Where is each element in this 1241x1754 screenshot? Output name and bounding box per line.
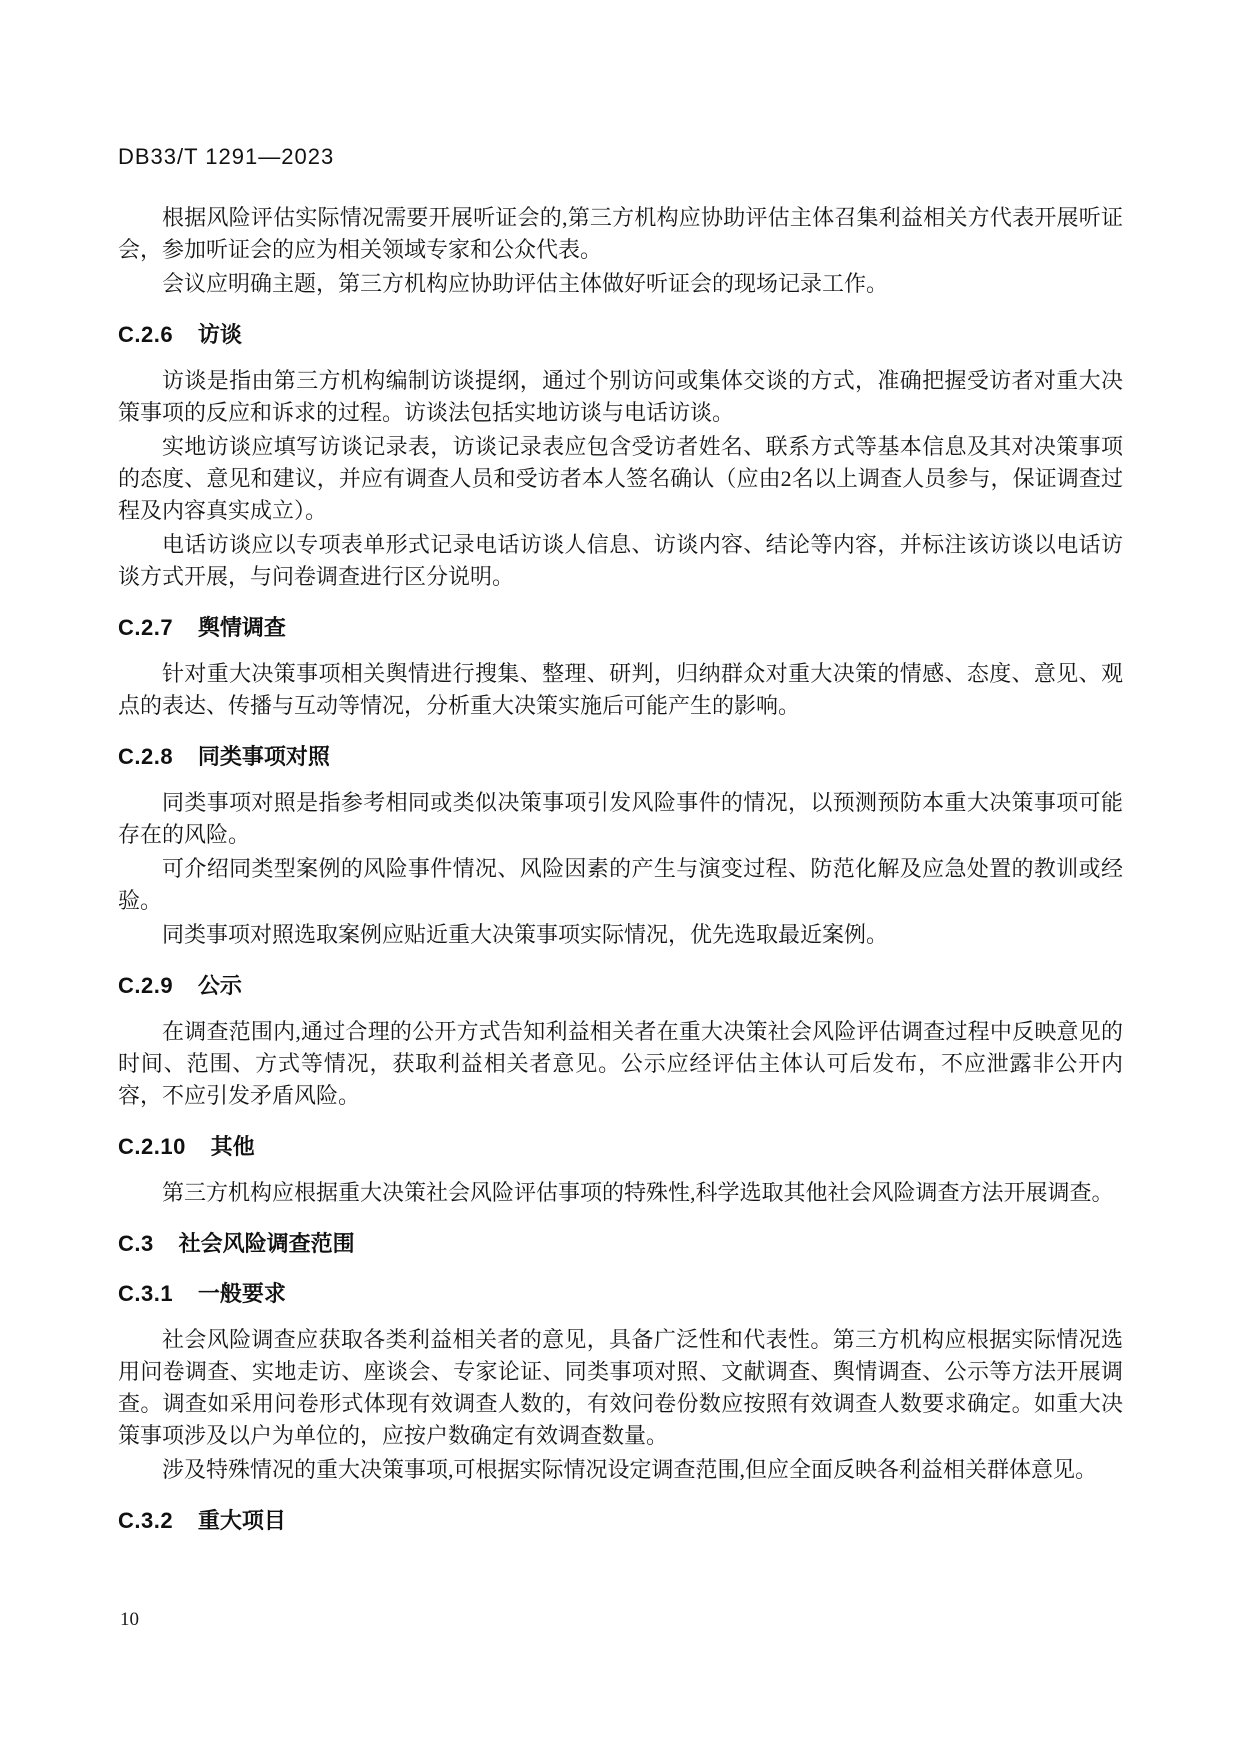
paragraph-other-methods: 第三方机构应根据重大决策社会风险评估事项的特殊性,科学选取其他社会风险调查方法开…: [118, 1177, 1123, 1209]
heading-number: C.2.6: [118, 322, 173, 347]
document-page: DB33/T 1291—2023 根据风险评估实际情况需要开展听证会的,第三方机…: [0, 0, 1241, 1754]
heading-number: C.2.9: [118, 973, 173, 998]
paragraph-similar-examples: 可介绍同类型案例的风险事件情况、风险因素的产生与演变过程、防范化解及应急处置的教…: [118, 853, 1123, 917]
heading-c-3-1-general-requirements: C.3.1 一般要求: [118, 1279, 1123, 1309]
heading-number: C.2.10: [118, 1134, 186, 1159]
heading-title: 其他: [211, 1134, 255, 1159]
document-code-header: DB33/T 1291—2023: [118, 144, 334, 170]
heading-title: 一般要求: [198, 1281, 286, 1306]
paragraph-special-situations: 涉及特殊情况的重大决策事项,可根据实际情况设定调查范围,但应全面反映各利益相关群…: [118, 1454, 1123, 1486]
heading-title: 公示: [198, 973, 242, 998]
heading-number: C.3.2: [118, 1508, 173, 1533]
heading-title: 同类事项对照: [198, 744, 330, 769]
paragraph-similar-definition: 同类事项对照是指参考相同或类似决策事项引发风险事件的情况，以预测预防本重大决策事…: [118, 787, 1123, 851]
paragraph-similar-selection: 同类事项对照选取案例应贴近重大决策事项实际情况，优先选取最近案例。: [118, 919, 1123, 951]
paragraph-general-requirements: 社会风险调查应获取各类利益相关者的意见，具备广泛性和代表性。第三方机构应根据实际…: [118, 1324, 1123, 1452]
heading-number: C.3: [118, 1231, 154, 1256]
paragraph-interview-phone: 电话访谈应以专项表单形式记录电话访谈人信息、访谈内容、结论等内容，并标注该访谈以…: [118, 529, 1123, 593]
paragraph-hearing-record: 会议应明确主题，第三方机构应协助评估主体做好听证会的现场记录工作。: [118, 268, 1123, 300]
heading-number: C.2.7: [118, 615, 173, 640]
heading-c-2-7-public-opinion: C.2.7 舆情调查: [118, 613, 1123, 643]
paragraph-hearing-convene: 根据风险评估实际情况需要开展听证会的,第三方机构应协助评估主体召集利益相关方代表…: [118, 202, 1123, 266]
heading-c-2-10-others: C.2.10 其他: [118, 1132, 1123, 1162]
paragraph-publicity: 在调查范围内,通过合理的公开方式告知利益相关者在重大决策社会风险评估调查过程中反…: [118, 1016, 1123, 1112]
heading-c-3-2-major-projects: C.3.2 重大项目: [118, 1506, 1123, 1536]
heading-number: C.2.8: [118, 744, 173, 769]
heading-title: 重大项目: [198, 1508, 286, 1533]
heading-title: 社会风险调查范围: [179, 1231, 355, 1256]
heading-c-2-6-interview: C.2.6 访谈: [118, 320, 1123, 350]
paragraph-interview-definition: 访谈是指由第三方机构编制访谈提纲，通过个别访问或集体交谈的方式，准确把握受访者对…: [118, 365, 1123, 429]
paragraph-public-opinion: 针对重大决策事项相关舆情进行搜集、整理、研判，归纳群众对重大决策的情感、态度、意…: [118, 658, 1123, 722]
heading-number: C.3.1: [118, 1281, 173, 1306]
paragraph-interview-onsite: 实地访谈应填写访谈记录表，访谈记录表应包含受访者姓名、联系方式等基本信息及其对决…: [118, 431, 1123, 527]
page-number: 10: [120, 1608, 139, 1632]
heading-title: 访谈: [198, 322, 242, 347]
heading-c-2-8-similar-cases: C.2.8 同类事项对照: [118, 742, 1123, 772]
heading-title: 舆情调查: [198, 615, 286, 640]
document-body: 根据风险评估实际情况需要开展听证会的,第三方机构应协助评估主体召集利益相关方代表…: [118, 174, 1123, 1551]
heading-c-2-9-publicity: C.2.9 公示: [118, 971, 1123, 1001]
heading-c-3-survey-scope: C.3 社会风险调查范围: [118, 1229, 1123, 1259]
